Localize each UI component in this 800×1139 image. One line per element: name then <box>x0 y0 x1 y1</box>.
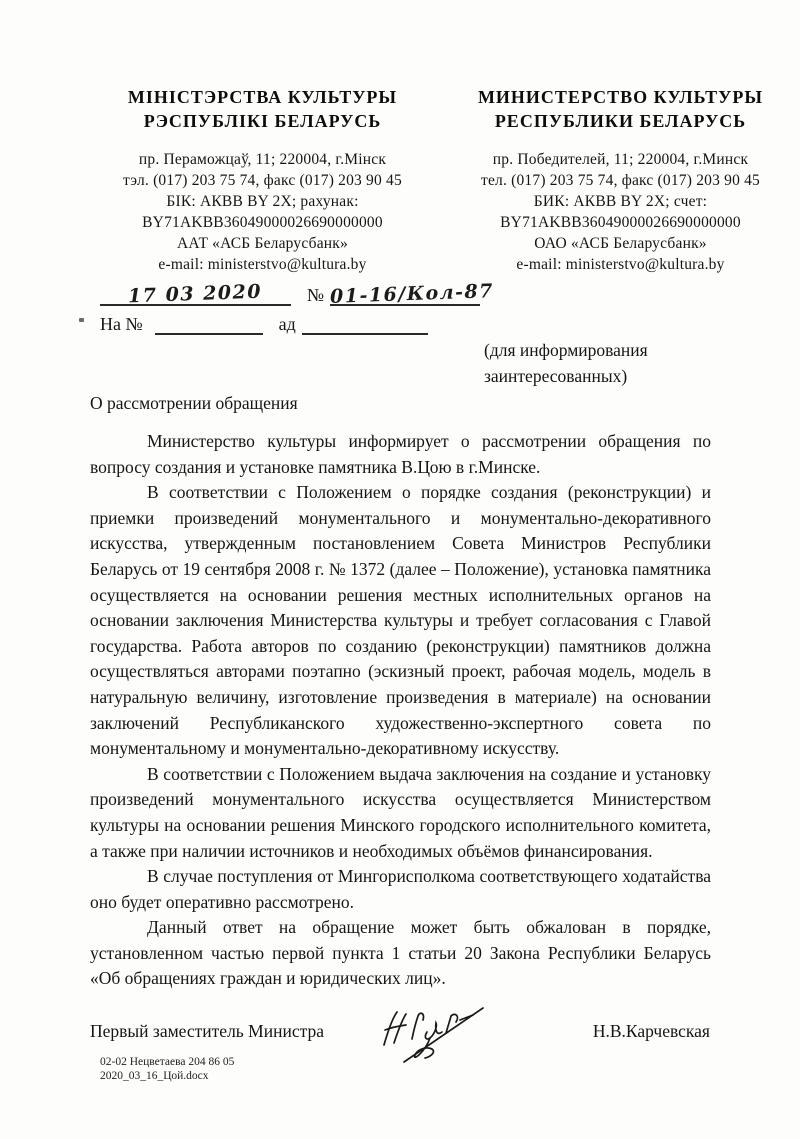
address-line: e-mail: ministerstvo@kultura.by <box>448 254 793 275</box>
body-paragraph: Министерство культуры информирует о расс… <box>90 429 711 480</box>
ministry-title-by-line2: РЭСПУБЛІКІ БЕЛАРУСЬ <box>144 111 382 131</box>
number-label: № <box>291 285 330 306</box>
subject-line: О рассмотрении обращения <box>90 393 298 414</box>
date-field: 17 03 2020 <box>100 282 291 306</box>
body-paragraph: В соответствии с Положением о порядке со… <box>90 480 711 762</box>
recipient-note-line1: (для информирования <box>484 340 648 360</box>
address-line: BY71AKBB36049000026690000000 <box>85 212 440 233</box>
handwritten-number: 01-16/Кол-87 <box>330 280 495 308</box>
address-line: БИК: АКВВ BY 2X; счет: <box>448 191 793 212</box>
signer-name: Н.В.Карчевская <box>593 1021 710 1042</box>
address-line: пр. Победителей, 11; 220004, г.Минск <box>448 149 793 170</box>
executor-contact: 02-02 Нецветаева 204 86 05 <box>100 1055 234 1069</box>
signer-position: Первый заместитель Министра <box>90 1021 324 1042</box>
ministry-title-ru-line1: МИНИСТЕРСТВО КУЛЬТУРЫ <box>478 87 763 107</box>
recipient-note: (для информирования заинтересованных) <box>484 337 648 389</box>
letter-body: Министерство культуры информирует о расс… <box>90 429 711 992</box>
recipient-note-line2: заинтересованных) <box>484 366 627 386</box>
letterhead-belarusian: МІНІСТЭРСТВА КУЛЬТУРЫ РЭСПУБЛІКІ БЕЛАРУС… <box>85 85 440 275</box>
reply-from-label: ад <box>263 314 302 335</box>
executor-footer: 02-02 Нецветаева 204 86 05 2020_03_16_Цо… <box>100 1055 234 1083</box>
address-line: BY71AKBB36049000026690000000 <box>448 212 793 233</box>
ministry-title-by: МІНІСТЭРСТВА КУЛЬТУРЫ РЭСПУБЛІКІ БЕЛАРУС… <box>85 85 440 133</box>
letterhead-russian: МИНИСТЕРСТВО КУЛЬТУРЫ РЕСПУБЛИКИ БЕЛАРУС… <box>448 85 793 275</box>
ministry-title-ru: МИНИСТЕРСТВО КУЛЬТУРЫ РЕСПУБЛИКИ БЕЛАРУС… <box>448 85 793 133</box>
number-field: 01-16/Кол-87 <box>330 282 480 306</box>
address-line: БІК: АКВВ BY 2X; рахунак: <box>85 191 440 212</box>
reply-number-field <box>155 311 263 335</box>
scan-speck <box>79 318 84 322</box>
ministry-title-by-line1: МІНІСТЭРСТВА КУЛЬТУРЫ <box>128 87 397 107</box>
handwritten-date: 17 03 2020 <box>128 281 263 308</box>
document-filename: 2020_03_16_Цой.docx <box>100 1069 234 1083</box>
address-line: ААТ «АСБ Беларусбанк» <box>85 233 440 254</box>
body-paragraph: В соответствии с Положением выдача заклю… <box>90 762 711 864</box>
reply-to-label: На № <box>100 314 143 335</box>
scanned-letter-page: МІНІСТЭРСТВА КУЛЬТУРЫ РЭСПУБЛІКІ БЕЛАРУС… <box>0 0 800 1139</box>
outgoing-reference-row: 17 03 2020 № 01-16/Кол-87 <box>100 282 480 306</box>
handwritten-signature-icon <box>370 1005 490 1067</box>
incoming-reference-row: На № ад <box>100 311 480 335</box>
address-line: e-mail: ministerstvo@kultura.by <box>85 254 440 275</box>
ministry-title-ru-line2: РЕСПУБЛИКИ БЕЛАРУСЬ <box>495 111 746 131</box>
reply-date-field <box>302 311 428 335</box>
address-line: тэл. (017) 203 75 74, факс (017) 203 90 … <box>85 170 440 191</box>
body-paragraph: Данный ответ на обращение может быть обж… <box>90 915 711 992</box>
address-line: тел. (017) 203 75 74, факс (017) 203 90 … <box>448 170 793 191</box>
reference-block: 17 03 2020 № 01-16/Кол-87 На № ад <box>100 282 480 335</box>
ministry-address-by: пр. Пераможцаў, 11; 220004, г.Мінск тэл.… <box>85 149 440 275</box>
body-paragraph: В случае поступления от Мингорисполкома … <box>90 864 711 915</box>
address-line: пр. Пераможцаў, 11; 220004, г.Мінск <box>85 149 440 170</box>
ministry-address-ru: пр. Победителей, 11; 220004, г.Минск тел… <box>448 149 793 275</box>
address-line: ОАО «АСБ Беларусбанк» <box>448 233 793 254</box>
